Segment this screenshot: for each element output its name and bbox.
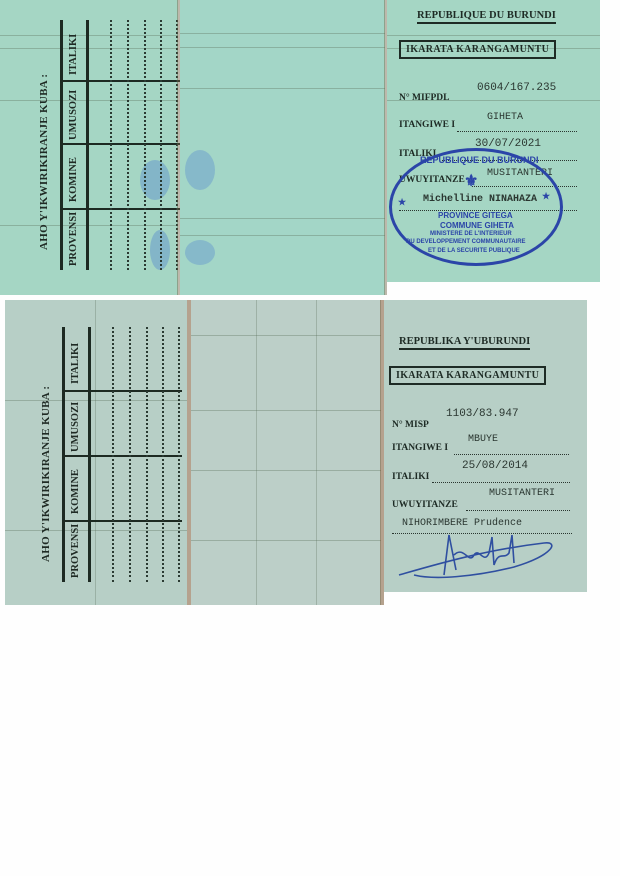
column-komine: KOMINE	[68, 157, 79, 202]
residence-table: AHO Y'IKWIRIKIRANJE KUBA : PROVENSI KOMI…	[30, 15, 180, 270]
field-label-number: N° MIFPDL	[399, 93, 450, 103]
country-header: REPUBLIQUE DU BURUNDI	[417, 10, 556, 24]
table-title: AHO Y'IKWIRIKIRANJE KUBA :	[38, 74, 50, 250]
stamp-commune: COMMUNE GIHETA	[440, 221, 514, 230]
field-value-number: 0604/167.235	[477, 82, 556, 94]
coat-of-arms-icon: ⚜	[464, 171, 478, 191]
column-italiki: ITALIKI	[70, 343, 81, 384]
stamp-province: PROVINCE GITEGA	[438, 211, 513, 220]
field-value-number: 1103/83.947	[446, 408, 519, 420]
stamp-ministry-2: DU DEVELOPPEMENT COMMUNAUTAIRE	[406, 239, 526, 245]
signature-icon	[394, 525, 564, 585]
stamp-ministry: MINISTERE DE L'INTERIEUR	[430, 231, 512, 237]
column-umusozi: UMUSOZI	[68, 90, 79, 140]
stamp-top-text: REPUBLIQUE DU BURUNDI	[420, 155, 539, 165]
country-header: REPUBLIKA Y'UBURUNDI	[399, 336, 530, 350]
column-provensi: PROVENSI	[68, 212, 79, 266]
star-icon: ★	[542, 191, 550, 202]
stamp-ministry-3: ET DE LA SECURITE PUBLIQUE	[428, 248, 520, 254]
right-panel: REPUBLIQUE DU BURUNDI IKARATA KARANGAMUN…	[387, 0, 600, 282]
column-provensi: PROVENSI	[70, 524, 81, 578]
field-value-issued-at: MBUYE	[468, 434, 498, 445]
card-title: IKARATA KARANGAMUNTU	[399, 40, 556, 59]
column-komine: KOMINE	[70, 469, 81, 514]
middle-panel	[180, 0, 385, 295]
middle-panel	[191, 300, 381, 605]
identity-card-top: AHO Y'IKWIRIKIRANJE KUBA : PROVENSI KOMI…	[0, 0, 600, 295]
residence-table: AHO Y'IKWIRIKIRANJE KUBA : PROVENSI KOMI…	[32, 322, 182, 582]
table-title: AHO Y'IKWIRIKIRANJE KUBA :	[40, 386, 52, 562]
official-stamp: REPUBLIQUE DU BURUNDI ★ ★ ⚜ PROVINCE GIT…	[389, 148, 563, 266]
column-umusozi: UMUSOZI	[70, 402, 81, 452]
identity-card-bottom: AHO Y'IKWIRIKIRANJE KUBA : PROVENSI KOMI…	[5, 300, 587, 605]
field-label-issued-at: ITANGIWE I	[399, 120, 455, 130]
field-label-date: ITALIKI	[392, 472, 429, 482]
star-icon: ★	[398, 197, 406, 208]
field-label-issuer: UWUYITANZE	[392, 500, 458, 510]
field-value-issued-at: GIHETA	[487, 112, 523, 123]
field-value-issuer: MUSITANTERI	[489, 488, 555, 499]
column-italiki: ITALIKI	[68, 34, 79, 75]
card-title: IKARATA KARANGAMUNTU	[389, 366, 546, 385]
field-label-issued-at: ITANGIWE I	[392, 443, 448, 453]
left-panel: AHO Y'IKWIRIKIRANJE KUBA : PROVENSI KOMI…	[5, 300, 187, 605]
field-label-number: N° MISP	[392, 420, 429, 430]
right-panel: REPUBLIKA Y'UBURUNDI IKARATA KARANGAMUNT…	[384, 300, 587, 592]
field-value-date: 25/08/2014	[462, 460, 528, 472]
left-panel: AHO Y'IKWIRIKIRANJE KUBA : PROVENSI KOMI…	[0, 0, 178, 295]
